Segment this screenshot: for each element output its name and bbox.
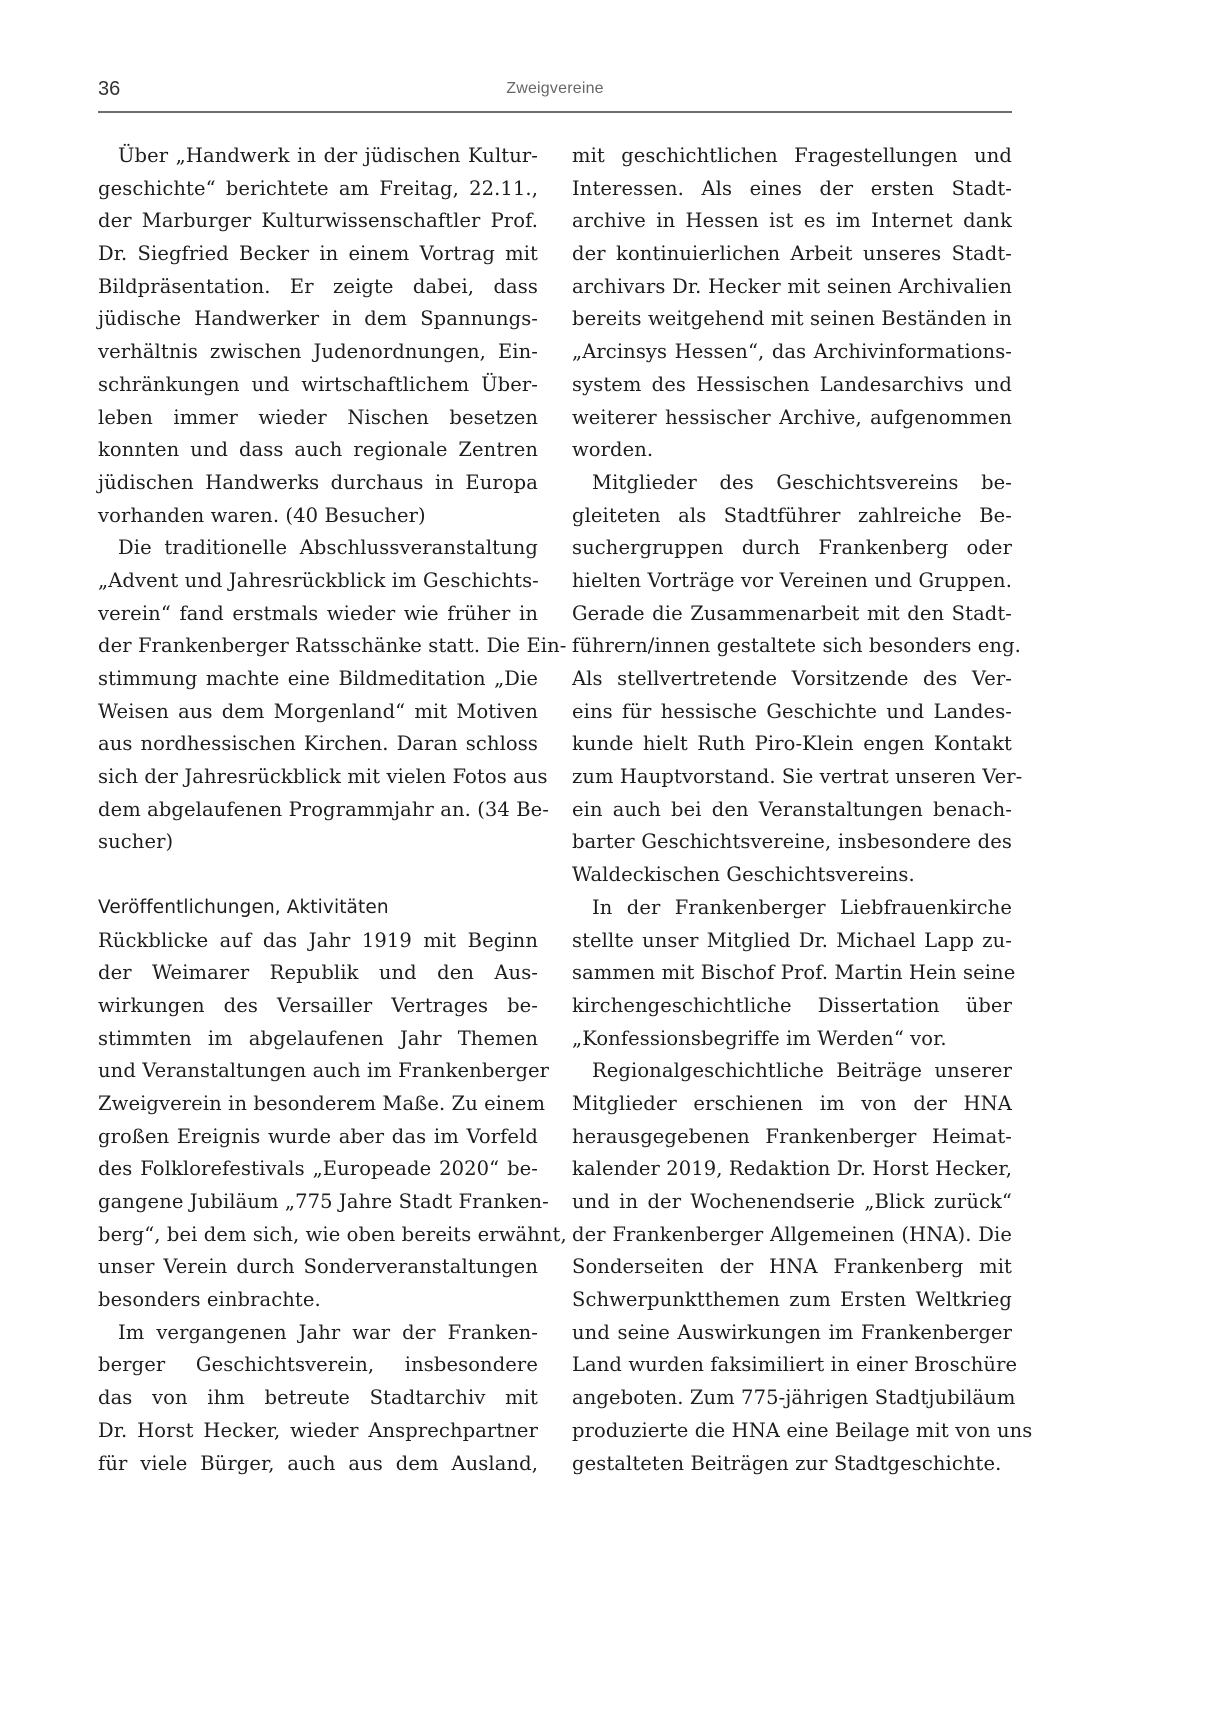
- text-line: mit geschichtlichen Fragestellungen und: [572, 140, 1012, 173]
- text-line: das von ihm betreute Stadtarchiv mit: [98, 1382, 538, 1415]
- text-line: angeboten. Zum 775-jährigen Stadtjubiläu…: [572, 1382, 1012, 1415]
- text-line: bereits weitgehend mit seinen Beständen …: [572, 303, 1012, 336]
- text-line: Weisen aus dem Morgenland“ mit Motiven: [98, 696, 538, 729]
- left-column: Über „Handwerk in der jüdischen Kultur-g…: [98, 140, 538, 1480]
- text-line: In der Frankenberger Liebfrauenkirche: [572, 892, 1012, 925]
- text-line: der Frankenberger Allgemeinen (HNA). Die: [572, 1219, 1012, 1252]
- text-line: worden.: [572, 434, 1012, 467]
- text-line: sich der Jahresrückblick mit vielen Foto…: [98, 761, 538, 794]
- text-line: „Advent und Jahresrückblick im Geschicht…: [98, 565, 538, 598]
- text-line: Im vergangenen Jahr war der Franken-: [98, 1317, 538, 1350]
- text-line: gangene Jubiläum „775 Jahre Stadt Franke…: [98, 1186, 538, 1219]
- text-line: Über „Handwerk in der jüdischen Kultur-: [98, 140, 538, 173]
- text-line: berger Geschichtsverein, insbesondere: [98, 1349, 538, 1382]
- text-line: schränkungen und wirtschaftlichem Über-: [98, 369, 538, 402]
- text-line: „Konfessionsbegriffe im Werden“ vor.: [572, 1023, 1012, 1056]
- text-line: gestalteten Beiträgen zur Stadtgeschicht…: [572, 1448, 1012, 1481]
- text-line: Sonderseiten der HNA Frankenberg mit: [572, 1251, 1012, 1284]
- text-line: archivars Dr. Hecker mit seinen Archival…: [572, 271, 1012, 304]
- text-line: aus nordhessischen Kirchen. Daran schlos…: [98, 728, 538, 761]
- text-line: kirchengeschichtliche Dissertation über: [572, 990, 1012, 1023]
- text-line: der kontinuierlichen Arbeit unseres Stad…: [572, 238, 1012, 271]
- text-line: produzierte die HNA eine Beilage mit von…: [572, 1415, 1012, 1448]
- text-line: hielten Vorträge vor Vereinen und Gruppe…: [572, 565, 1012, 598]
- header-rule: [98, 111, 1012, 113]
- text-line: Waldeckischen Geschichtsvereins.: [572, 859, 1012, 892]
- text-line: suchergruppen durch Frankenberg oder: [572, 532, 1012, 565]
- text-line: herausgegebenen Frankenberger Heimat-: [572, 1121, 1012, 1154]
- text-line: dem abgelaufenen Programmjahr an. (34 Be…: [98, 794, 538, 827]
- text-line: „Arcinsys Hessen“, das Archivinformation…: [572, 336, 1012, 369]
- text-line: stellte unser Mitglied Dr. Michael Lapp …: [572, 925, 1012, 958]
- text-line: system des Hessischen Landesarchivs und: [572, 369, 1012, 402]
- text-line: Mitglieder erschienen im von der HNA: [572, 1088, 1012, 1121]
- text-line: Regionalgeschichtliche Beiträge unserer: [572, 1055, 1012, 1088]
- section-heading: Veröffentlichungen, Aktivitäten: [98, 892, 538, 925]
- text-line: für viele Bürger, auch aus dem Ausland,: [98, 1448, 538, 1481]
- text-line: wirkungen des Versailler Vertrages be-: [98, 990, 538, 1023]
- text-line: führern/innen gestaltete sich besonders …: [572, 630, 1012, 663]
- text-line: Die traditionelle Abschlussveranstaltung: [98, 532, 538, 565]
- page-header: 36 Zweigvereine: [98, 78, 1012, 112]
- text-line: konnten und dass auch regionale Zentren: [98, 434, 538, 467]
- text-line: der Frankenberger Ratsschänke statt. Die…: [98, 630, 538, 663]
- text-line: Dr. Horst Hecker, wieder Ansprechpartner: [98, 1415, 538, 1448]
- text-line: gleiteten als Stadtführer zahlreiche Be-: [572, 500, 1012, 533]
- text-line: des Folklorefestivals „Europeade 2020“ b…: [98, 1153, 538, 1186]
- text-line: geschichte“ berichtete am Freitag, 22.11…: [98, 173, 538, 206]
- text-line: vorhanden waren. (40 Besucher): [98, 500, 538, 533]
- text-line: barter Geschichtsvereine, insbesondere d…: [572, 826, 1012, 859]
- text-line: ein auch bei den Veranstaltungen benach-: [572, 794, 1012, 827]
- text-line: leben immer wieder Nischen besetzen: [98, 402, 538, 435]
- text-line: zum Hauptvorstand. Sie vertrat unseren V…: [572, 761, 1012, 794]
- blank-line: [98, 859, 538, 892]
- text-line: jüdische Handwerker in dem Spannungs-: [98, 303, 538, 336]
- right-column: mit geschichtlichen Fragestellungen undI…: [572, 140, 1012, 1480]
- text-line: weiterer hessischer Archive, aufgenommen: [572, 402, 1012, 435]
- text-line: Land wurden faksimiliert in einer Brosch…: [572, 1349, 1012, 1382]
- text-line: der Weimarer Republik und den Aus-: [98, 957, 538, 990]
- text-line: stimmung machte eine Bildmeditation „Die: [98, 663, 538, 696]
- text-line: großen Ereignis wurde aber das im Vorfel…: [98, 1121, 538, 1154]
- text-line: archive in Hessen ist es im Internet dan…: [572, 205, 1012, 238]
- text-line: der Marburger Kulturwissenschaftler Prof…: [98, 205, 538, 238]
- text-line: unser Verein durch Sonderveranstaltungen: [98, 1251, 538, 1284]
- text-line: Interessen. Als eines der ersten Stadt-: [572, 173, 1012, 206]
- text-line: Mitglieder des Geschichtsvereins be-: [572, 467, 1012, 500]
- text-line: Gerade die Zusammenarbeit mit den Stadt-: [572, 598, 1012, 631]
- text-line: Bildpräsentation. Er zeigte dabei, dass: [98, 271, 538, 304]
- text-line: besonders einbrachte.: [98, 1284, 538, 1317]
- text-line: sammen mit Bischof Prof. Martin Hein sei…: [572, 957, 1012, 990]
- text-line: berg“, bei dem sich, wie oben bereits er…: [98, 1219, 538, 1252]
- text-line: und seine Auswirkungen im Frankenberger: [572, 1317, 1012, 1350]
- text-line: verhältnis zwischen Judenordnungen, Ein-: [98, 336, 538, 369]
- text-line: Dr. Siegfried Becker in einem Vortrag mi…: [98, 238, 538, 271]
- text-line: Als stellvertretende Vorsitzende des Ver…: [572, 663, 1012, 696]
- text-line: und Veranstaltungen auch im Frankenberge…: [98, 1055, 538, 1088]
- text-line: sucher): [98, 826, 538, 859]
- text-line: stimmten im abgelaufenen Jahr Themen: [98, 1023, 538, 1056]
- text-line: eins für hessische Geschichte und Landes…: [572, 696, 1012, 729]
- text-line: jüdischen Handwerks durchaus in Europa: [98, 467, 538, 500]
- text-line: Schwerpunktthemen zum Ersten Weltkrieg: [572, 1284, 1012, 1317]
- text-line: kalender 2019, Redaktion Dr. Horst Hecke…: [572, 1153, 1012, 1186]
- text-line: Rückblicke auf das Jahr 1919 mit Beginn: [98, 925, 538, 958]
- text-line: und in der Wochenendserie „Blick zurück“: [572, 1186, 1012, 1219]
- text-line: kunde hielt Ruth Piro-Klein engen Kontak…: [572, 728, 1012, 761]
- running-title: Zweigvereine: [98, 80, 1012, 98]
- text-line: Zweigverein in besonderem Maße. Zu einem: [98, 1088, 538, 1121]
- text-line: verein“ fand erstmals wieder wie früher …: [98, 598, 538, 631]
